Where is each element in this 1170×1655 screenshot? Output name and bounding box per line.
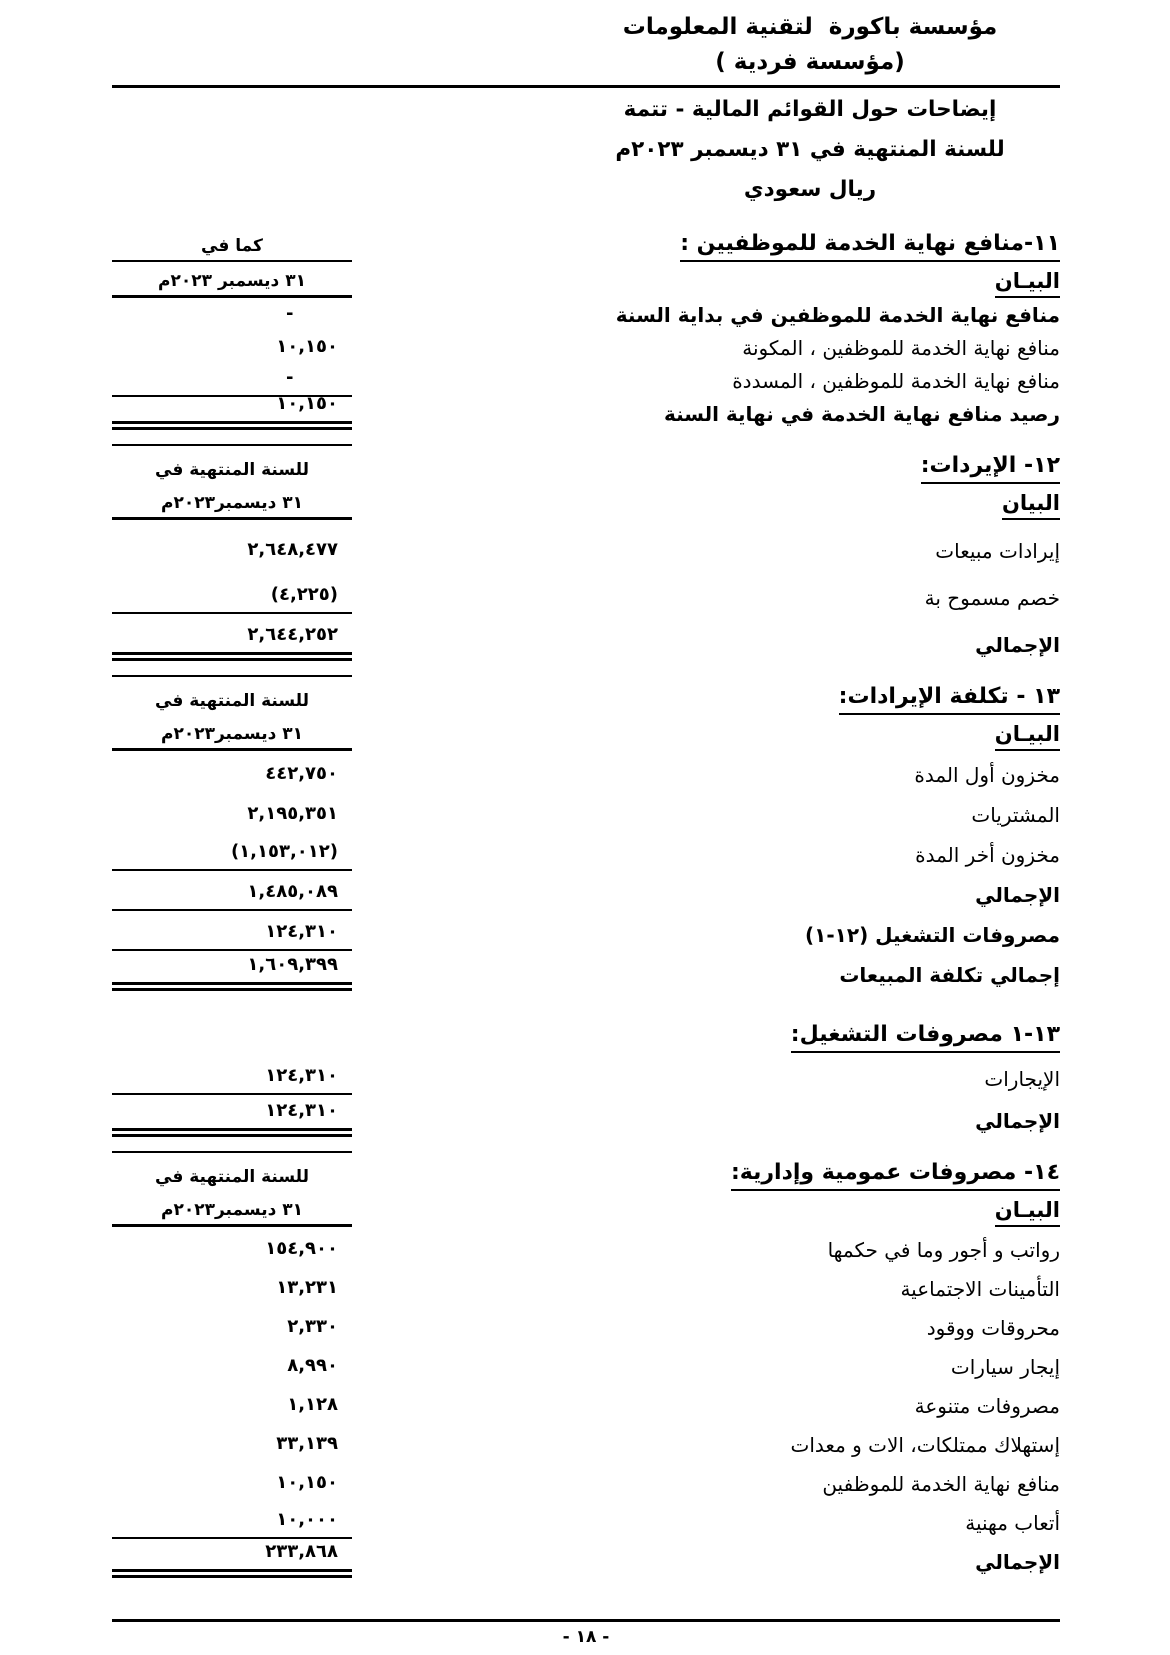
row-value: ١٠,١٥٠ [112, 1473, 352, 1500]
row-value-text: ٢,٣٣٠ [287, 1316, 338, 1337]
section-title-text: ١٤- مصروفات عمومية وإدارية: [731, 1160, 1060, 1191]
row-value: (١,١٥٣,٠١٢) [112, 842, 352, 871]
row-label: منافع نهاية الخدمة للموظفين في بداية الس… [352, 303, 1060, 331]
row-value: ١٢٤,٣١٠ [112, 1066, 352, 1095]
statement-header: البيان [352, 491, 1060, 520]
row-value-text: - [286, 303, 294, 324]
statement-header: البيـان [352, 722, 1060, 751]
row-value: ٢,١٩٥,٣٥١ [112, 804, 352, 831]
row-label-text: الإجمالي [975, 1109, 1060, 1133]
statement-header: البيـان [352, 269, 1060, 298]
row-label-text: رصيد منافع نهاية الخدمة في نهاية السنة [664, 402, 1060, 426]
row-value-text: ٣٣,١٣٩ [276, 1433, 338, 1454]
row-value-text: ١٥٤,٩٠٠ [265, 1238, 338, 1259]
row-value-text: ٢,٦٤٤,٢٥٢ [247, 624, 338, 645]
value-header-line2: ٣١ ديسمبر٢٠٢٣م [112, 1200, 352, 1227]
row-value: ٢٣٣,٨٦٨ [112, 1542, 352, 1578]
table-row: أتعاب مهنية١٠,٠٠٠ [112, 1500, 1060, 1539]
row-label-text: منافع نهاية الخدمة للموظفين [822, 1472, 1060, 1496]
row-label: الإجمالي [352, 1109, 1060, 1137]
row-label-text: مصروفات متنوعة [915, 1394, 1060, 1418]
row-label: إجمالي تكلفة المبيعات [352, 963, 1060, 991]
table-row: منافع نهاية الخدمة للموظفين١٠,١٥٠ [112, 1461, 1060, 1500]
row-label-text: الإجمالي [975, 883, 1060, 907]
row-label-text: إجمالي تكلفة المبيعات [839, 963, 1060, 987]
row-value-text: ١,٦٠٩,٣٩٩ [247, 954, 338, 975]
value-header-date: ٣١ ديسمبر ٢٠٢٣م [158, 271, 306, 291]
table-row: رصيد منافع نهاية الخدمة في نهاية السنة١٠… [112, 397, 1060, 430]
statement-header-text: البيان [1002, 491, 1060, 520]
row-value: ١٠,٠٠٠ [112, 1510, 352, 1539]
row-value: ١,٦٠٩,٣٩٩ [112, 955, 352, 991]
row-value-text: ٨,٩٩٠ [287, 1355, 338, 1376]
statement-header-text: البيـان [995, 1198, 1060, 1227]
section-title-text: ١١-منافع نهاية الخدمة للموظفيين : [680, 231, 1060, 262]
section-header-row: ١٤- مصروفات عمومية وإدارية:للسنة المنتهي… [112, 1155, 1060, 1191]
statement-header-row: البيـان٣١ ديسمبر٢٠٢٣م [112, 715, 1060, 751]
section-header-row: ١٢- الإيردات:للسنة المنتهية في [112, 448, 1060, 484]
section-title: ١٤- مصروفات عمومية وإدارية: [352, 1160, 1060, 1191]
table-row: الإجمالي٢٣٣,٨٦٨ [112, 1539, 1060, 1578]
table-row: الإجمالي١٢٤,٣١٠ [112, 1095, 1060, 1137]
row-label: مصروفات التشغيل (١٢-١) [352, 923, 1060, 951]
row-label: الإيجارات [352, 1067, 1060, 1095]
page-number: - ١٨ - [563, 1627, 610, 1647]
row-value: ٢,٦٤٤,٢٥٢ [112, 625, 352, 661]
row-value-text: ١٠,١٥٠ [276, 393, 338, 414]
doc-period: للسنة المنتهية في ٣١ ديسمبر ٢٠٢٣م [560, 130, 1060, 170]
row-value-text: ١٠,١٥٠ [276, 336, 338, 357]
row-label-text: إيجار سيارات [951, 1355, 1060, 1379]
row-value: - [112, 304, 352, 331]
company-header: مؤسسة باكورة لتقنية المعلومات (مؤسسة فرد… [560, 10, 1060, 80]
row-value-text: ٢,١٩٥,٣٥١ [247, 803, 338, 824]
row-label: إستهلاك ممتلكات، الات و معدات [352, 1433, 1060, 1461]
row-label: الإجمالي [352, 633, 1060, 661]
row-value: ١٥٤,٩٠٠ [112, 1239, 352, 1266]
row-label: التأمينات الاجتماعية [352, 1277, 1060, 1305]
row-label-text: منافع نهاية الخدمة للموظفين ، المكونة [742, 336, 1060, 360]
table-row: المشتريات٢,١٩٥,٣٥١ [112, 791, 1060, 831]
row-value-text: (٤,٢٢٥) [271, 584, 338, 605]
row-value: ١٠,١٥٠ [112, 394, 352, 430]
section-title-text: ١٣ - تكلفة الإيرادات: [839, 684, 1060, 715]
sections: ١١-منافع نهاية الخدمة للموظفيين :كما فيا… [112, 226, 1060, 1578]
table-row: إستهلاك ممتلكات، الات و معدات٣٣,١٣٩ [112, 1422, 1060, 1461]
row-label: خصم مسموح بة [352, 586, 1060, 614]
row-value-text: ١٠,٠٠٠ [276, 1509, 338, 1530]
table-row: منافع نهاية الخدمة للموظفين ، المسددة- [112, 364, 1060, 397]
table-row: رواتب و أجور وما في حكمها١٥٤,٩٠٠ [112, 1227, 1060, 1266]
value-header-text: للسنة المنتهية في [155, 691, 309, 711]
table-row: الإجمالي١,٤٨٥,٠٨٩ [112, 871, 1060, 911]
table-row: الإجمالي٢,٦٤٤,٢٥٢ [112, 614, 1060, 661]
section-13-1: ‎١٣-١‎ مصروفات التشغيل:الإيجارات١٢٤,٣١٠ا… [112, 1017, 1060, 1137]
row-value-text: ١,١٢٨ [287, 1394, 338, 1415]
row-label-text: مخزون أخر المدة [915, 843, 1060, 867]
table-row: مخزون أول المدة٤٤٢,٧٥٠ [112, 751, 1060, 791]
row-value: ١٠,١٥٠ [112, 337, 352, 364]
row-label: رواتب و أجور وما في حكمها [352, 1238, 1060, 1266]
section-title-text: ١٢- الإيردات: [921, 453, 1060, 484]
table-row: خصم مسموح بة(٤,٢٢٥) [112, 567, 1060, 614]
table-row: إجمالي تكلفة المبيعات١,٦٠٩,٣٩٩ [112, 951, 1060, 991]
section-title: ١٣ - تكلفة الإيرادات: [352, 684, 1060, 715]
value-header-date: ٣١ ديسمبر٢٠٢٣م [161, 724, 303, 744]
company-name: مؤسسة باكورة لتقنية المعلومات [560, 10, 1060, 45]
row-value: ٢,٦٤٨,٤٧٧ [112, 540, 352, 567]
value-header-text: كما في [201, 236, 263, 256]
row-value-text: ٢,٦٤٨,٤٧٧ [247, 539, 338, 560]
row-label: إيجار سيارات [352, 1355, 1060, 1383]
row-value-text: ١٢٤,٣١٠ [265, 921, 338, 942]
row-value: ١٢٤,٣١٠ [112, 922, 352, 951]
statement-header: البيـان [352, 1198, 1060, 1227]
table-row: منافع نهاية الخدمة للموظفين ، المكونة١٠,… [112, 331, 1060, 364]
section-header-row: ‎١٣-١‎ مصروفات التشغيل: [112, 1017, 1060, 1053]
row-label-text: محروقات ووقود [927, 1316, 1060, 1340]
row-label: الإجمالي [352, 883, 1060, 911]
section-11: ١١-منافع نهاية الخدمة للموظفيين :كما فيا… [112, 226, 1060, 430]
row-label: الإجمالي [352, 1550, 1060, 1578]
row-value: ٨,٩٩٠ [112, 1356, 352, 1383]
row-value: ١,٤٨٥,٠٨٩ [112, 882, 352, 911]
row-value: ٢,٣٣٠ [112, 1317, 352, 1344]
row-label: مصروفات متنوعة [352, 1394, 1060, 1422]
value-header-text: للسنة المنتهية في [155, 460, 309, 480]
row-value-text: ٤٤٢,٧٥٠ [265, 763, 338, 784]
section-title: ١٢- الإيردات: [352, 453, 1060, 484]
table-row: محروقات ووقود٢,٣٣٠ [112, 1305, 1060, 1344]
row-value: ١٣,٢٣١ [112, 1278, 352, 1305]
section-title-text: ‎١٣-١‎ مصروفات التشغيل: [791, 1022, 1060, 1053]
row-label-text: إيرادات مبيعات [935, 539, 1060, 563]
row-label: مخزون أول المدة [352, 763, 1060, 791]
row-value-text: ١٢٤,٣١٠ [265, 1065, 338, 1086]
value-header-line2: ٣١ ديسمبر٢٠٢٣م [112, 724, 352, 751]
row-label-text: خصم مسموح بة [925, 586, 1060, 610]
table-row: منافع نهاية الخدمة للموظفين في بداية الس… [112, 298, 1060, 331]
value-header-line1: للسنة المنتهية في [112, 1167, 352, 1191]
row-value-text: ١,٤٨٥,٠٨٩ [247, 881, 338, 902]
document-page: مؤسسة باكورة لتقنية المعلومات (مؤسسة فرد… [0, 0, 1170, 1655]
row-value-text: - [286, 367, 294, 388]
section-12: ١٢- الإيردات:للسنة المنتهية فيالبيان٣١ د… [112, 444, 1060, 661]
table-row: مخزون أخر المدة(١,١٥٣,٠١٢) [112, 831, 1060, 871]
row-label-text: الإيجارات [984, 1067, 1060, 1091]
value-header-line1: للسنة المنتهية في [112, 691, 352, 715]
statement-header-row: البيـان٣١ ديسمبر ٢٠٢٣م [112, 262, 1060, 298]
row-label-text: الإجمالي [975, 1550, 1060, 1574]
table-row: إيرادات مبيعات٢,٦٤٨,٤٧٧ [112, 520, 1060, 567]
value-header-line2: ٣١ ديسمبر ٢٠٢٣م [112, 271, 352, 298]
row-value: ٣٣,١٣٩ [112, 1434, 352, 1461]
row-label-text: منافع نهاية الخدمة للموظفين في بداية الس… [616, 303, 1060, 327]
document-subheader: إيضاحات حول القوائم المالية - تتمة للسنة… [560, 90, 1060, 210]
row-value: (٤,٢٢٥) [112, 585, 352, 614]
row-label-text: منافع نهاية الخدمة للموظفين ، المسددة [732, 369, 1060, 393]
row-label-text: أتعاب مهنية [965, 1511, 1060, 1535]
statement-header-text: البيـان [995, 269, 1060, 298]
section-14: ١٤- مصروفات عمومية وإدارية:للسنة المنتهي… [112, 1151, 1060, 1578]
row-value: ١٢٤,٣١٠ [112, 1101, 352, 1137]
row-label: منافع نهاية الخدمة للموظفين [352, 1472, 1060, 1500]
row-value-text: ٢٣٣,٨٦٨ [265, 1541, 338, 1562]
statement-header-row: البيان٣١ ديسمبر٢٠٢٣م [112, 484, 1060, 520]
table-row: إيجار سيارات٨,٩٩٠ [112, 1344, 1060, 1383]
table-row: مصروفات متنوعة١,١٢٨ [112, 1383, 1060, 1422]
value-header-date: ٣١ ديسمبر٢٠٢٣م [161, 493, 303, 513]
company-type: (مؤسسة فردية ) [560, 45, 1060, 80]
value-header-date: ٣١ ديسمبر٢٠٢٣م [161, 1200, 303, 1220]
row-value: ٤٤٢,٧٥٠ [112, 764, 352, 791]
doc-title: إيضاحات حول القوائم المالية - تتمة [560, 90, 1060, 130]
value-column-top-rule [112, 1151, 352, 1153]
row-label: إيرادات مبيعات [352, 539, 1060, 567]
section-title: ١١-منافع نهاية الخدمة للموظفيين : [352, 231, 1060, 262]
row-label: محروقات ووقود [352, 1316, 1060, 1344]
row-label-text: مخزون أول المدة [914, 763, 1060, 787]
row-label-text: إستهلاك ممتلكات، الات و معدات [791, 1433, 1060, 1457]
doc-currency: ريال سعودي [560, 170, 1060, 210]
row-value-text: (١,١٥٣,٠١٢) [231, 841, 338, 862]
row-value-text: ١٣,٢٣١ [276, 1277, 338, 1298]
row-label: رصيد منافع نهاية الخدمة في نهاية السنة [352, 402, 1060, 430]
row-label-text: المشتريات [971, 803, 1060, 827]
value-column-top-rule [112, 675, 352, 677]
table-row: التأمينات الاجتماعية١٣,٢٣١ [112, 1266, 1060, 1305]
header-divider [112, 85, 1060, 88]
table-row: مصروفات التشغيل (١٢-١)١٢٤,٣١٠ [112, 911, 1060, 951]
statement-header-row: البيـان٣١ ديسمبر٢٠٢٣م [112, 1191, 1060, 1227]
row-label: مخزون أخر المدة [352, 843, 1060, 871]
row-value-text: ١٢٤,٣١٠ [265, 1100, 338, 1121]
row-label: منافع نهاية الخدمة للموظفين ، المسددة [352, 369, 1060, 397]
value-header-line2: ٣١ ديسمبر٢٠٢٣م [112, 493, 352, 520]
section-title: ‎١٣-١‎ مصروفات التشغيل: [352, 1022, 1060, 1053]
row-label-text: التأمينات الاجتماعية [900, 1277, 1060, 1301]
row-label: منافع نهاية الخدمة للموظفين ، المكونة [352, 336, 1060, 364]
section-13: ١٣ - تكلفة الإيرادات:للسنة المنتهية فيال… [112, 675, 1060, 991]
row-value: ١,١٢٨ [112, 1395, 352, 1422]
section-header-row: ١٣ - تكلفة الإيرادات:للسنة المنتهية في [112, 679, 1060, 715]
section-header-row: ١١-منافع نهاية الخدمة للموظفيين :كما في [112, 226, 1060, 262]
value-column-top-rule [112, 444, 352, 446]
row-label-text: رواتب و أجور وما في حكمها [828, 1238, 1060, 1262]
page-footer: - ١٨ - [112, 1619, 1060, 1649]
value-header-text: للسنة المنتهية في [155, 1167, 309, 1187]
value-header-line1: للسنة المنتهية في [112, 460, 352, 484]
table-row: الإيجارات١٢٤,٣١٠ [112, 1053, 1060, 1095]
row-label: المشتريات [352, 803, 1060, 831]
row-label-text: مصروفات التشغيل (١٢-١) [805, 923, 1060, 947]
row-value-text: ١٠,١٥٠ [276, 1472, 338, 1493]
statement-header-text: البيـان [995, 722, 1060, 751]
row-label-text: الإجمالي [975, 633, 1060, 657]
row-label: أتعاب مهنية [352, 1511, 1060, 1539]
value-header-line1: كما في [112, 236, 352, 262]
